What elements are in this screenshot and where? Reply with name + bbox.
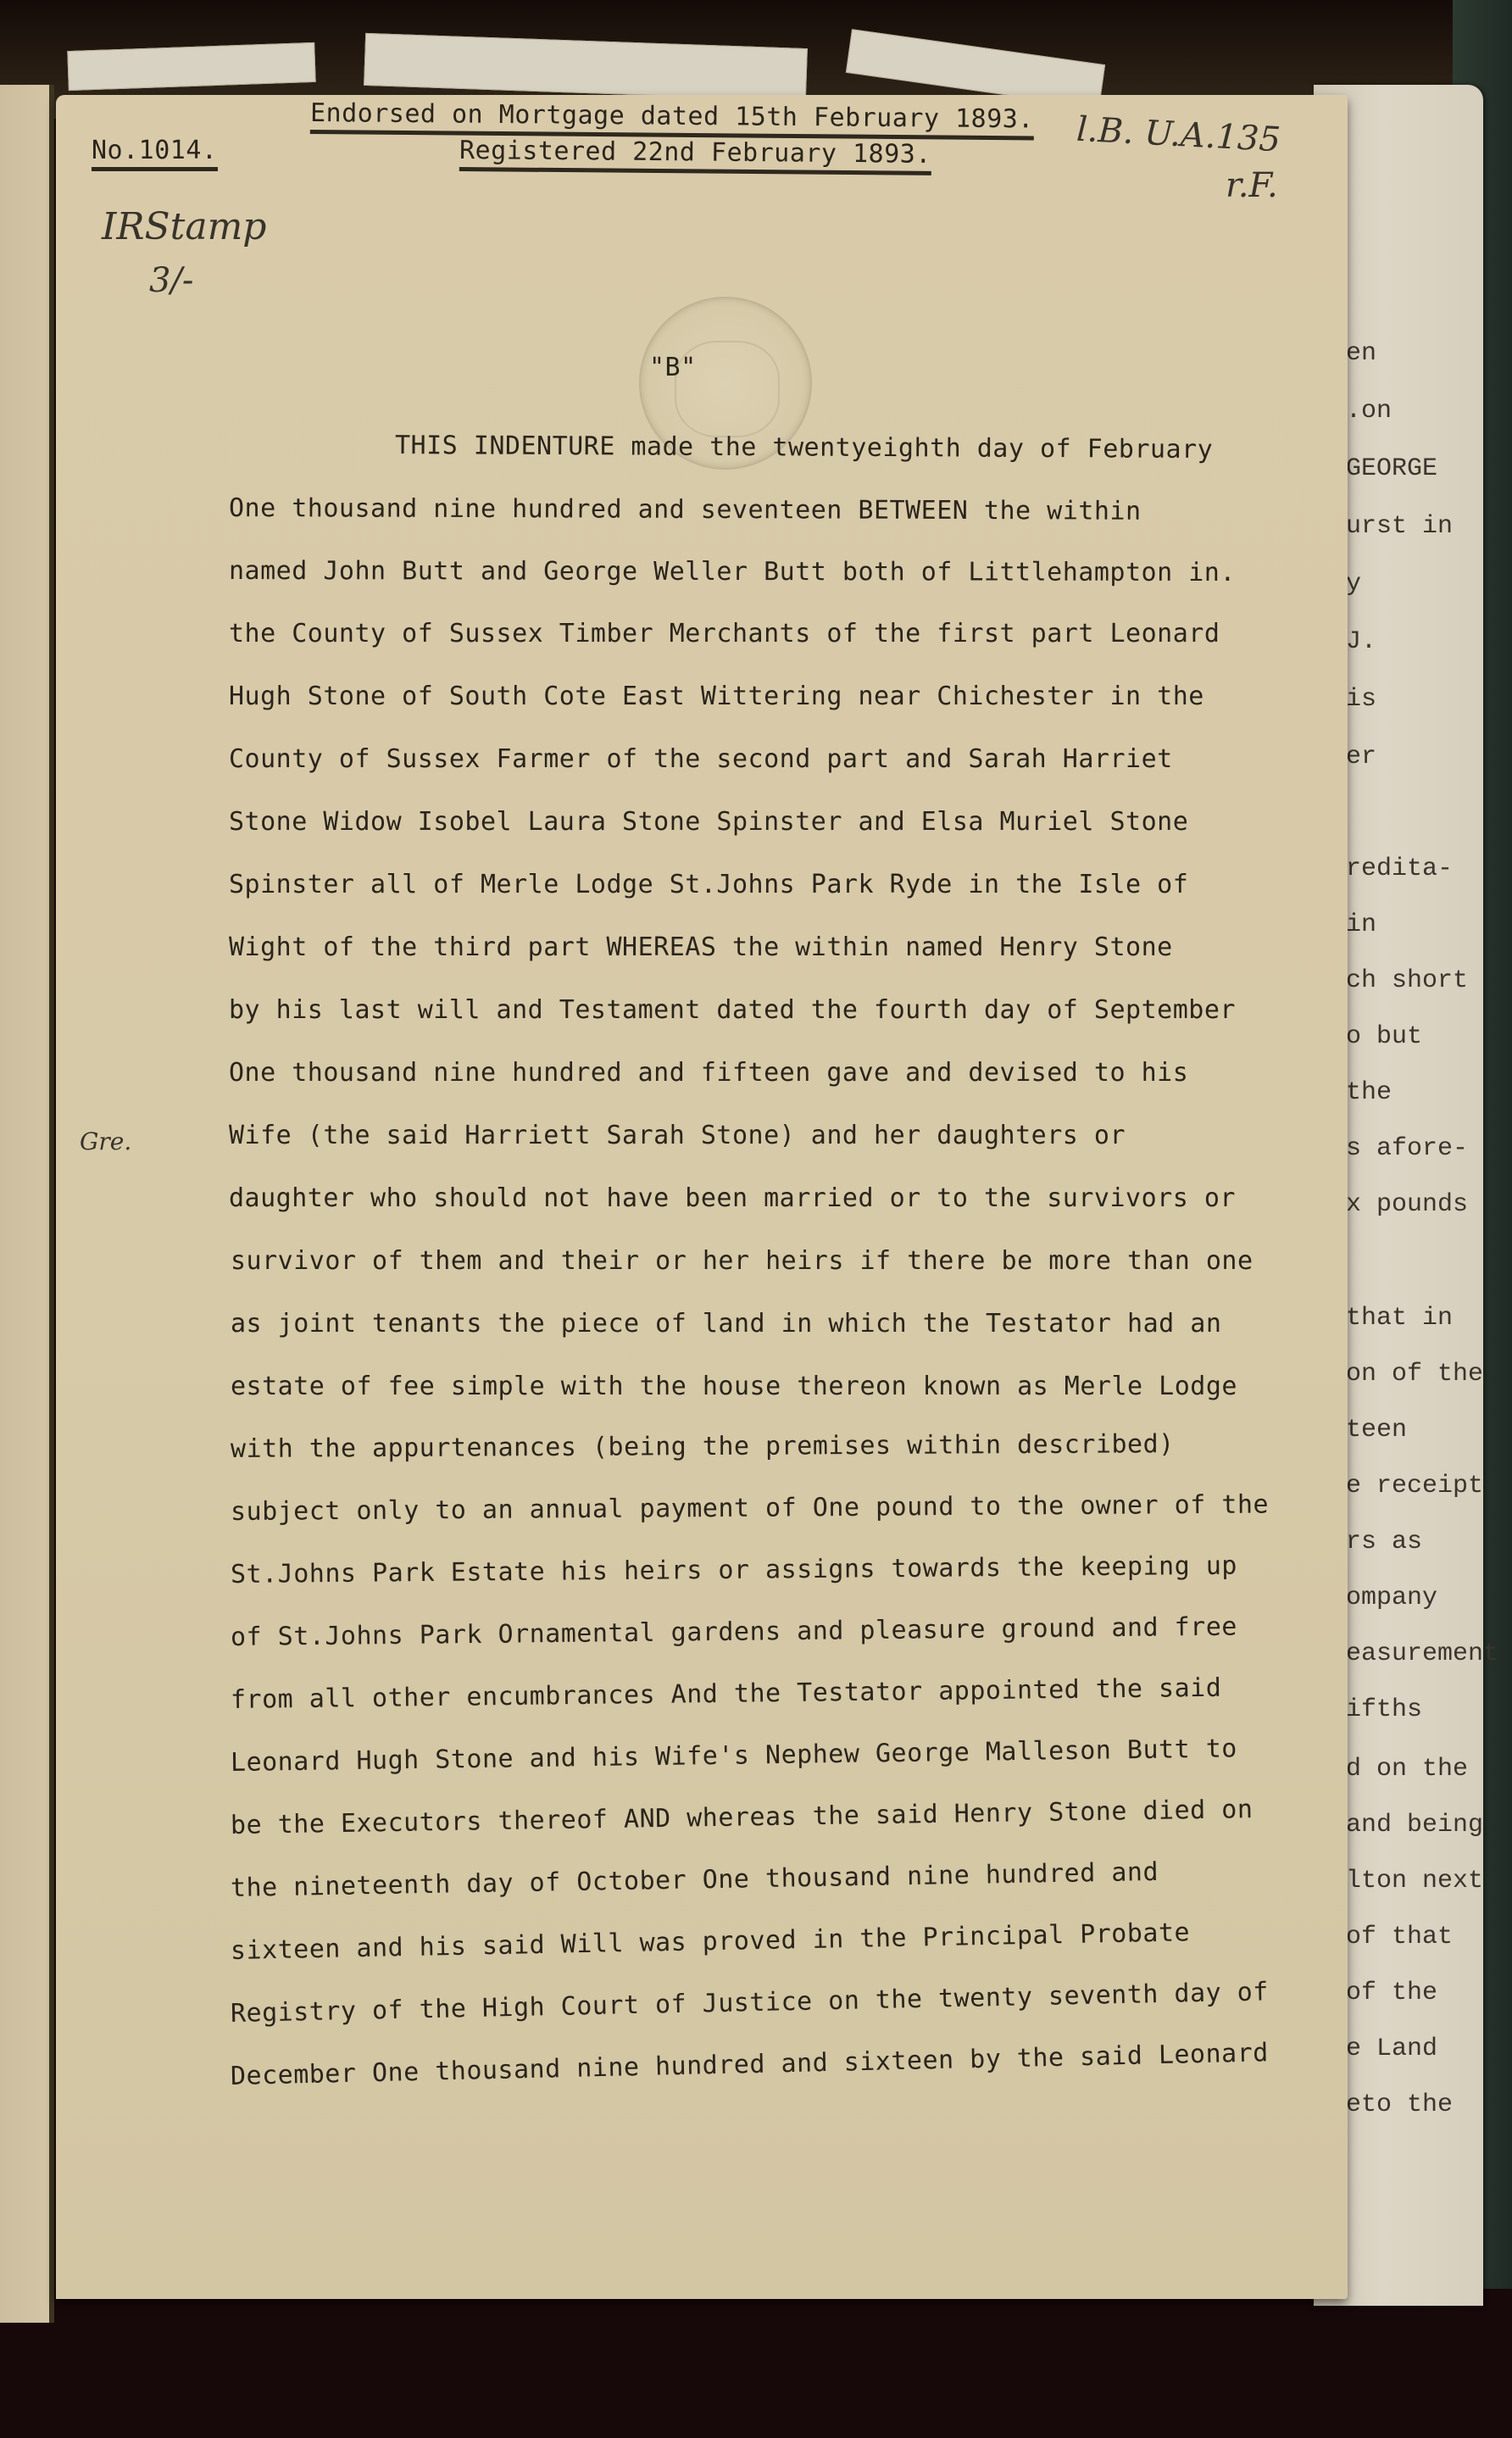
underlying-text-fragment: ifths [1346, 1695, 1422, 1724]
underlying-text-fragment: en [1346, 339, 1376, 368]
underlying-text-fragment: J. [1346, 627, 1376, 656]
underlying-text-fragment: teen [1346, 1416, 1407, 1444]
body-line: the nineteenth day of October One thousa… [231, 1857, 1159, 1903]
body-line: subject only to an annual payment of One… [231, 1489, 1269, 1527]
handwritten-initials: r.F. [1226, 166, 1278, 205]
body-line: from all other encumbrances And the Test… [231, 1673, 1222, 1715]
handwritten-stamp-note: IRStamp [102, 205, 266, 248]
underlying-text-fragment: redita- [1346, 854, 1453, 883]
underlying-text-fragment: y [1346, 570, 1361, 598]
underlying-text-fragment: e Land [1346, 2034, 1437, 2063]
underlying-text-fragment: s afore- [1346, 1134, 1468, 1163]
body-line: Wight of the third part WHEREAS the with… [229, 932, 1173, 962]
underlying-text-fragment: urst in [1346, 512, 1453, 541]
body-line: with the appurtenances (being the premis… [231, 1429, 1175, 1464]
underlying-text-fragment: on of the [1346, 1360, 1483, 1389]
handwritten-margin-note: Gre. [80, 1127, 131, 1155]
body-line: by his last will and Testament dated the… [229, 995, 1236, 1025]
document-number: No.1014. [92, 136, 218, 171]
underlying-text-fragment: GEORGE [1346, 454, 1437, 483]
body-line: sixteen and his said Will was proved in … [231, 1918, 1191, 1966]
underlying-text-fragment: ch short [1346, 966, 1468, 995]
underlying-text-fragment: x pounds [1346, 1190, 1468, 1219]
body-line: named John Butt and George Weller Butt b… [229, 556, 1236, 587]
underlying-text-fragment: easurement [1346, 1639, 1498, 1668]
body-line: be the Executors thereof AND whereas the… [231, 1795, 1254, 1840]
underlying-text-fragment: the [1346, 1078, 1392, 1107]
underlying-text-fragment: e receipt [1346, 1472, 1483, 1500]
body-line: County of Sussex Farmer of the second pa… [229, 744, 1173, 774]
body-line: Registry of the High Court of Justice on… [231, 1977, 1270, 2029]
underlying-text-fragment: eto the [1346, 2090, 1453, 2119]
body-line: St.Johns Park Estate his heirs or assign… [231, 1551, 1237, 1589]
body-line: Leonard Hugh Stone and his Wife's Nephew… [231, 1734, 1237, 1778]
underlying-text-fragment: er [1346, 743, 1376, 771]
body-line: the County of Sussex Timber Merchants of… [229, 619, 1220, 648]
body-line: THIS INDENTURE made the twentyeighth day… [395, 431, 1213, 465]
body-line: survivor of them and their or her heirs … [231, 1246, 1254, 1276]
background-bottom [0, 2289, 1512, 2438]
body-line: daughter who should not have been marrie… [229, 1183, 1236, 1213]
underlying-text-fragment: in [1346, 910, 1376, 939]
underlying-text-fragment: that in [1346, 1304, 1453, 1333]
body-line: Wife (the said Harriett Sarah Stone) and… [229, 1121, 1126, 1150]
endorsed-line: Endorsed on Mortgage dated 15th February… [310, 98, 1034, 140]
underlying-text-fragment: rs as [1346, 1528, 1422, 1556]
underlying-text-fragment: is [1346, 685, 1376, 714]
document-page: No.1014. Endorsed on Mortgage dated 15th… [56, 95, 1348, 2299]
body-line: Hugh Stone of South Cote East Wittering … [229, 682, 1204, 711]
handwritten-reference: l.B. U.A.135 [1076, 110, 1281, 160]
body-line: One thousand nine hundred and seventeen … [229, 493, 1142, 526]
left-page-edge [0, 85, 54, 2323]
underlying-text-fragment: .on [1346, 397, 1392, 426]
handwritten-stamp-amount: 3/- [149, 261, 193, 300]
underlying-text-fragment: d on the [1346, 1755, 1468, 1784]
underlying-text-fragment: o but [1346, 1022, 1422, 1051]
underlying-text-fragment: of that [1346, 1923, 1453, 1951]
body-line: December One thousand nine hundred and s… [231, 2038, 1270, 2091]
body-line: One thousand nine hundred and fifteen ga… [229, 1058, 1188, 1088]
underlying-text-fragment: of the [1346, 1979, 1437, 2007]
underlying-text-fragment: lton next [1346, 1867, 1483, 1895]
body-line: of St.Johns Park Ornamental gardens and … [231, 1612, 1237, 1652]
body-line: Spinster all of Merle Lodge St.Johns Par… [229, 870, 1188, 899]
section-label: "B" [649, 353, 697, 382]
registered-line: Registered 22nd February 1893. [459, 136, 931, 175]
body-line: as joint tenants the piece of land in wh… [231, 1309, 1221, 1339]
underlying-text-fragment: and being [1346, 1811, 1483, 1840]
body-line: Stone Widow Isobel Laura Stone Spinster … [229, 807, 1188, 837]
body-line: estate of fee simple with the house ther… [231, 1372, 1237, 1401]
underlying-text-fragment: ompany [1346, 1584, 1437, 1612]
